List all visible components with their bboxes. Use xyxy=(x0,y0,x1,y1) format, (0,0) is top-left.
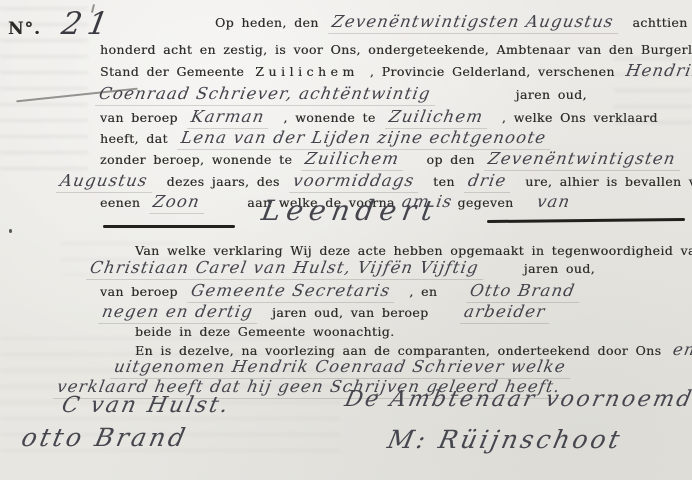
handwritten-hour: drie xyxy=(464,171,514,193)
signature-row-1-right: De Ambtenaar voornoemd. xyxy=(345,390,692,411)
line-mother-residence-date: zonder beroep, wonende te Zuilichem op d… xyxy=(100,149,690,171)
printed-text: beide in deze Gemeente woonachtig. xyxy=(135,322,395,342)
printed-text: jaren oud, xyxy=(516,85,587,105)
line-child-name: Leendert xyxy=(262,201,447,225)
line-mother-name: heeft, dat Lena van der Lijden zijne ech… xyxy=(100,128,560,150)
printed-text: op den xyxy=(426,150,474,170)
handwritten-text: van xyxy=(535,192,572,212)
birth-record-document: N°. 21 Op heden, den Zevenëntwintigsten … xyxy=(0,0,692,480)
handwritten-child-name: Leendert xyxy=(260,201,440,221)
line-witnesses-residence: beide in deze Gemeente woonachtig. xyxy=(135,321,401,342)
printed-text: jaren oud, xyxy=(524,259,595,279)
handwritten-witness2-name: Otto Brand xyxy=(466,281,583,303)
act-number: 21 xyxy=(60,14,115,34)
printed-text: honderd acht en zestig, is voor Ons, ond… xyxy=(100,40,692,60)
line-witness1-name-age: Christiaan Carel van Hulst, Vijfën Vijft… xyxy=(88,258,601,280)
printed-text: heeft, dat xyxy=(100,129,168,149)
handwritten-exception-clause: uitgenomen Hendrik Coenraad Schriever we… xyxy=(110,357,574,379)
printed-text: ten xyxy=(433,172,455,192)
printed-text: zonder beroep, wonende te xyxy=(100,150,292,170)
handwritten-birth-month: Augustus xyxy=(56,171,155,193)
signature-official: M: Rüijnschoot xyxy=(386,430,624,450)
line-witness1-occupation-witness2: van beroep Gemeente Secretaris , en Otto… xyxy=(100,281,589,303)
line-exception-clause: uitgenomen Hendrik Coenraad Schriever we… xyxy=(112,357,580,379)
handwritten-text: en hun xyxy=(671,340,692,360)
printed-text: Stand der Gemeente xyxy=(100,62,244,82)
handwritten-declarant-name-age: Coenraad Schriever, achtëntwintig xyxy=(95,84,438,106)
line-opening-date: Op heden, den Zevenëntwintigsten Augustu… xyxy=(215,12,692,34)
printed-municipality-name: Zuilichem xyxy=(255,62,359,82)
official-title: De Ambtenaar voornoemd. xyxy=(343,390,692,410)
line-year-officials: honderd acht en zestig, is voor Ons, ond… xyxy=(100,39,692,60)
ink-dot xyxy=(9,229,12,233)
line-municipality: Stand der Gemeente Zuilichem , Provincie… xyxy=(100,61,692,82)
handwritten-witness1-occupation: Gemeente Secretaris xyxy=(187,281,398,303)
printed-text: , welke Ons verklaard xyxy=(502,108,658,128)
printed-text: dezes jaars, des xyxy=(167,172,280,192)
line-occupation-residence: van beroep Karman , wonende te Zuilichem… xyxy=(100,107,664,129)
handwritten-mother-name: Lena van der Lijden zijne echtgenoote xyxy=(177,128,554,150)
printed-text: van beroep xyxy=(100,282,178,302)
printed-text: , wonende te xyxy=(283,108,375,128)
printed-text: jaren oud, van beroep xyxy=(272,303,429,323)
signature-row-2-left: otto Brand xyxy=(22,428,195,451)
handwritten-time-of-day: voormiddags xyxy=(289,171,422,193)
printed-text: Op heden, den xyxy=(215,13,319,33)
printed-text: gegeven xyxy=(457,193,513,213)
handwritten-residence: Zuilichem xyxy=(301,149,407,171)
handwritten-declarant-first-name: Hendrik xyxy=(624,61,692,81)
act-number-block: N°. 21 xyxy=(8,14,122,39)
handwritten-witness2-occupation: arbeider xyxy=(460,302,553,324)
handwritten-witness1-name-age: Christiaan Carel van Hulst, Vijfën Vijft… xyxy=(86,258,487,280)
line-declarant-name-age: Coenraad Schriever, achtëntwintig jaren … xyxy=(97,84,593,106)
handwritten-birth-day: Zevenëntwintigsten xyxy=(484,149,683,171)
printed-text: achttien xyxy=(632,13,687,33)
handwritten-child-sex: Zoon xyxy=(149,192,208,214)
divider-line-left xyxy=(103,225,235,228)
printed-text: , Provincie Gelderland, verschenen xyxy=(370,62,615,82)
act-number-label: N°. xyxy=(8,19,41,39)
handwritten-occupation: Karman xyxy=(187,107,272,129)
signature-row-1-left: C van Hulst. xyxy=(62,396,238,417)
signature-row-2-right: M: Rüijnschoot xyxy=(388,430,630,453)
printed-text: eenen xyxy=(100,193,140,213)
handwritten-date: Zevenëntwintigsten Augustus xyxy=(328,12,621,34)
printed-text: , en xyxy=(409,282,437,302)
signature-otto-brand: otto Brand xyxy=(20,428,190,448)
divider-line-right xyxy=(487,218,685,223)
line-birth-time: Augustus dezes jaars, des voormiddags te… xyxy=(58,171,692,193)
handwritten-residence: Zuilichem xyxy=(385,107,491,129)
signature-van-hulst: C van Hulst. xyxy=(60,396,232,416)
printed-text: van beroep xyxy=(100,108,178,128)
printed-text: ure, alhier is bevallen van xyxy=(525,172,692,192)
